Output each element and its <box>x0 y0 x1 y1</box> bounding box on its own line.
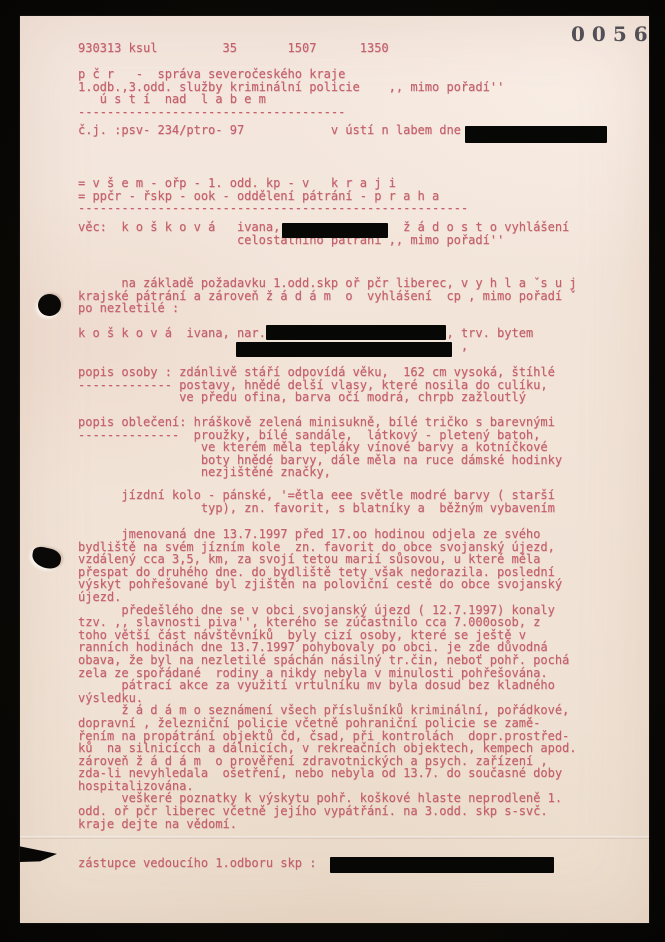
redaction-address <box>236 342 452 357</box>
redaction-signature <box>330 857 554 873</box>
ref-numbers-line: 930313 ksul 35 1507 1350 <box>78 42 389 55</box>
bicycle-description: jízdní kolo - pánské, '=ětla eee světle … <box>78 489 555 514</box>
signature-line: zástupce vedoucího 1.odboru skp : <box>78 857 316 870</box>
distribution-list: = v š e m - ořp - 1. odd. kp - v k r a j… <box>78 177 468 215</box>
body-text: jmenovaná dne 13.7.1997 před 17.oo hodin… <box>78 528 577 830</box>
scanned-document-background: 0056 930313 ksul 35 1507 1350 p č r - sp… <box>0 0 665 942</box>
page-number-stamp: 0056 <box>571 22 655 46</box>
redaction-subject <box>282 223 388 238</box>
fold-crease <box>20 836 649 839</box>
redaction-birth-date <box>266 325 446 340</box>
file-number-line: č.j. :psv- 234/ptro- 97 v ústí n labem d… <box>78 124 461 137</box>
clothing-description: popis oblečení: hráškově zelená minisukn… <box>78 416 562 479</box>
letterhead: p č r - správa severočeského kraje 1.odb… <box>78 68 504 118</box>
intro-paragraph: na základě požadavku 1.odd.skp oř pčr li… <box>78 277 577 315</box>
person-description: popis osoby : zdánlivě stáří odpovídá vě… <box>78 366 555 404</box>
redaction-date <box>465 126 607 143</box>
